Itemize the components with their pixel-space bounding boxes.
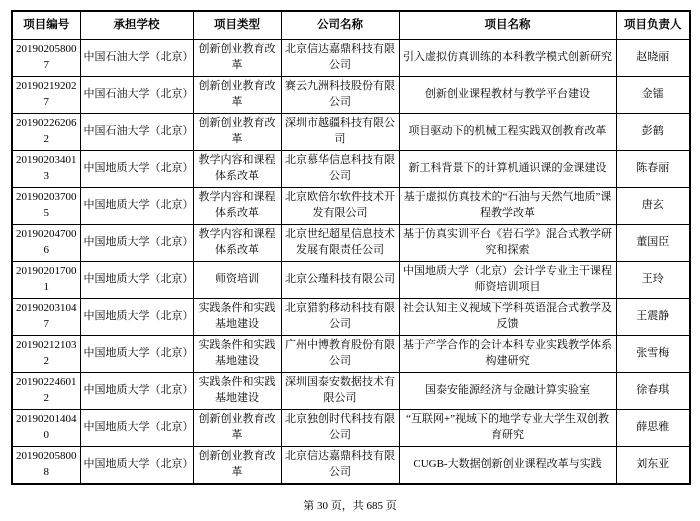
cell-project-id: 201902058008	[12, 447, 80, 485]
cell-project-type: 创新创业教育改革	[193, 447, 281, 485]
cell-company: 北京信达嘉鼎科技有限公司	[281, 40, 399, 77]
cell-project-type: 实践条件和实践基地建设	[193, 299, 281, 336]
cell-project-type: 师资培训	[193, 262, 281, 299]
cell-leader: 金镭	[616, 77, 690, 114]
cell-leader: 张雪梅	[616, 336, 690, 373]
cell-school: 中国地质大学（北京）	[80, 299, 193, 336]
cell-company: 广州中博教育股份有限公司	[281, 336, 399, 373]
cell-project-name: 基于仿真实训平台《岩石学》混合式教学研究和探索	[399, 225, 616, 262]
cell-company: 深圳市越疆科技有限公司	[281, 114, 399, 151]
cell-company: 北京猎豹移动科技有限公司	[281, 299, 399, 336]
cell-school: 中国石油大学（北京）	[80, 40, 193, 77]
cell-project-id: 201902037005	[12, 188, 80, 225]
table-row: 201902058007 中国石油大学（北京） 创新创业教育改革 北京信达嘉鼎科…	[12, 40, 690, 77]
cell-project-id: 201902034013	[12, 151, 80, 188]
cell-school: 中国地质大学（北京）	[80, 373, 193, 410]
cell-company: 北京欧倍尔软件技术开发有限公司	[281, 188, 399, 225]
cell-project-type: 教学内容和课程体系改革	[193, 225, 281, 262]
cell-project-name: CUGB-大数据创新创业课程改革与实践	[399, 447, 616, 485]
projects-table: 项目编号 承担学校 项目类型 公司名称 项目名称 项目负责人 201902058…	[11, 10, 691, 485]
table-row: 201902031047 中国地质大学（北京） 实践条件和实践基地建设 北京猎豹…	[12, 299, 690, 336]
cell-project-id: 201902121032	[12, 336, 80, 373]
table-row: 201902034013 中国地质大学（北京） 教学内容和课程体系改革 北京慕华…	[12, 151, 690, 188]
cell-project-type: 教学内容和课程体系改革	[193, 151, 281, 188]
cell-school: 中国石油大学（北京）	[80, 77, 193, 114]
cell-company: 北京世纪超星信息技术发展有限责任公司	[281, 225, 399, 262]
cell-project-name: 创新创业课程教材与教学平台建设	[399, 77, 616, 114]
cell-project-name: 新工科背景下的计算机通识课的金课建设	[399, 151, 616, 188]
cell-project-id: 201902246012	[12, 373, 80, 410]
cell-project-name: 基于产学合作的会计本科专业实践教学体系构建研究	[399, 336, 616, 373]
cell-company: 北京独创时代科技有限公司	[281, 410, 399, 447]
col-header-project-name: 项目名称	[399, 11, 616, 40]
table-row: 201902014040 中国地质大学（北京） 创新创业教育改革 北京独创时代科…	[12, 410, 690, 447]
cell-project-type: 实践条件和实践基地建设	[193, 336, 281, 373]
cell-leader: 陈春丽	[616, 151, 690, 188]
cell-project-name: 项目驱动下的机械工程实践双创教育改革	[399, 114, 616, 151]
cell-school: 中国地质大学（北京）	[80, 225, 193, 262]
cell-project-id: 201902047006	[12, 225, 80, 262]
cell-company: 北京公瑾科技有限公司	[281, 262, 399, 299]
header-row: 项目编号 承担学校 项目类型 公司名称 项目名称 项目负责人	[12, 11, 690, 40]
cell-leader: 刘东亚	[616, 447, 690, 485]
cell-project-type: 教学内容和课程体系改革	[193, 188, 281, 225]
cell-leader: 薛思雅	[616, 410, 690, 447]
cell-project-name: “互联网+”视域下的地学专业大学生双创教育研究	[399, 410, 616, 447]
cell-project-id: 201902058007	[12, 40, 80, 77]
cell-project-type: 创新创业教育改革	[193, 77, 281, 114]
cell-project-type: 实践条件和实践基地建设	[193, 373, 281, 410]
cell-leader: 董国臣	[616, 225, 690, 262]
table-row: 201902192027 中国石油大学（北京） 创新创业教育改革 赛云九洲科技股…	[12, 77, 690, 114]
cell-project-id: 201902262062	[12, 114, 80, 151]
table-body: 201902058007 中国石油大学（北京） 创新创业教育改革 北京信达嘉鼎科…	[12, 40, 690, 485]
cell-company: 北京慕华信息科技有限公司	[281, 151, 399, 188]
cell-leader: 王震静	[616, 299, 690, 336]
cell-school: 中国地质大学（北京）	[80, 151, 193, 188]
cell-leader: 王玲	[616, 262, 690, 299]
cell-project-name: 基于虚拟仿真技术的“石油与天然气地质”课程教学改革	[399, 188, 616, 225]
cell-leader: 唐玄	[616, 188, 690, 225]
cell-project-id: 201902031047	[12, 299, 80, 336]
cell-project-type: 创新创业教育改革	[193, 40, 281, 77]
cell-company: 深圳国泰安数据技术有限公司	[281, 373, 399, 410]
cell-project-name: 国泰安能源经济与金融计算实验室	[399, 373, 616, 410]
cell-school: 中国石油大学（北京）	[80, 114, 193, 151]
cell-leader: 徐春琪	[616, 373, 690, 410]
cell-school: 中国地质大学（北京）	[80, 410, 193, 447]
col-header-project-type: 项目类型	[193, 11, 281, 40]
cell-project-id: 201902014040	[12, 410, 80, 447]
table-row: 201902262062 中国石油大学（北京） 创新创业教育改革 深圳市越疆科技…	[12, 114, 690, 151]
cell-project-name: 引入虚拟仿真训练的本科教学模式创新研究	[399, 40, 616, 77]
document-page: 项目编号 承担学校 项目类型 公司名称 项目名称 项目负责人 201902058…	[0, 0, 700, 521]
col-header-company: 公司名称	[281, 11, 399, 40]
table-row: 201902037005 中国地质大学（北京） 教学内容和课程体系改革 北京欧倍…	[12, 188, 690, 225]
cell-project-name: 社会认知主义视域下学科英语混合式教学及反馈	[399, 299, 616, 336]
cell-project-type: 创新创业教育改革	[193, 114, 281, 151]
col-header-leader: 项目负责人	[616, 11, 690, 40]
table-row: 201902017001 中国地质大学（北京） 师资培训 北京公瑾科技有限公司 …	[12, 262, 690, 299]
page-indicator: 第 30 页，共 685 页	[0, 497, 700, 513]
cell-project-name: 中国地质大学（北京）会计学专业主干课程师资培训项目	[399, 262, 616, 299]
cell-company: 北京信达嘉鼎科技有限公司	[281, 447, 399, 485]
table-row: 201902047006 中国地质大学（北京） 教学内容和课程体系改革 北京世纪…	[12, 225, 690, 262]
cell-school: 中国地质大学（北京）	[80, 262, 193, 299]
col-header-project-id: 项目编号	[12, 11, 80, 40]
cell-project-id: 201902192027	[12, 77, 80, 114]
cell-school: 中国地质大学（北京）	[80, 336, 193, 373]
table-row: 201902246012 中国地质大学（北京） 实践条件和实践基地建设 深圳国泰…	[12, 373, 690, 410]
cell-school: 中国地质大学（北京）	[80, 188, 193, 225]
cell-school: 中国地质大学（北京）	[80, 447, 193, 485]
cell-project-type: 创新创业教育改革	[193, 410, 281, 447]
table-row: 201902058008 中国地质大学（北京） 创新创业教育改革 北京信达嘉鼎科…	[12, 447, 690, 485]
cell-company: 赛云九洲科技股份有限公司	[281, 77, 399, 114]
cell-leader: 彭鹤	[616, 114, 690, 151]
cell-leader: 赵晓丽	[616, 40, 690, 77]
table-header: 项目编号 承担学校 项目类型 公司名称 项目名称 项目负责人	[12, 11, 690, 40]
table-row: 201902121032 中国地质大学（北京） 实践条件和实践基地建设 广州中博…	[12, 336, 690, 373]
cell-project-id: 201902017001	[12, 262, 80, 299]
col-header-school: 承担学校	[80, 11, 193, 40]
